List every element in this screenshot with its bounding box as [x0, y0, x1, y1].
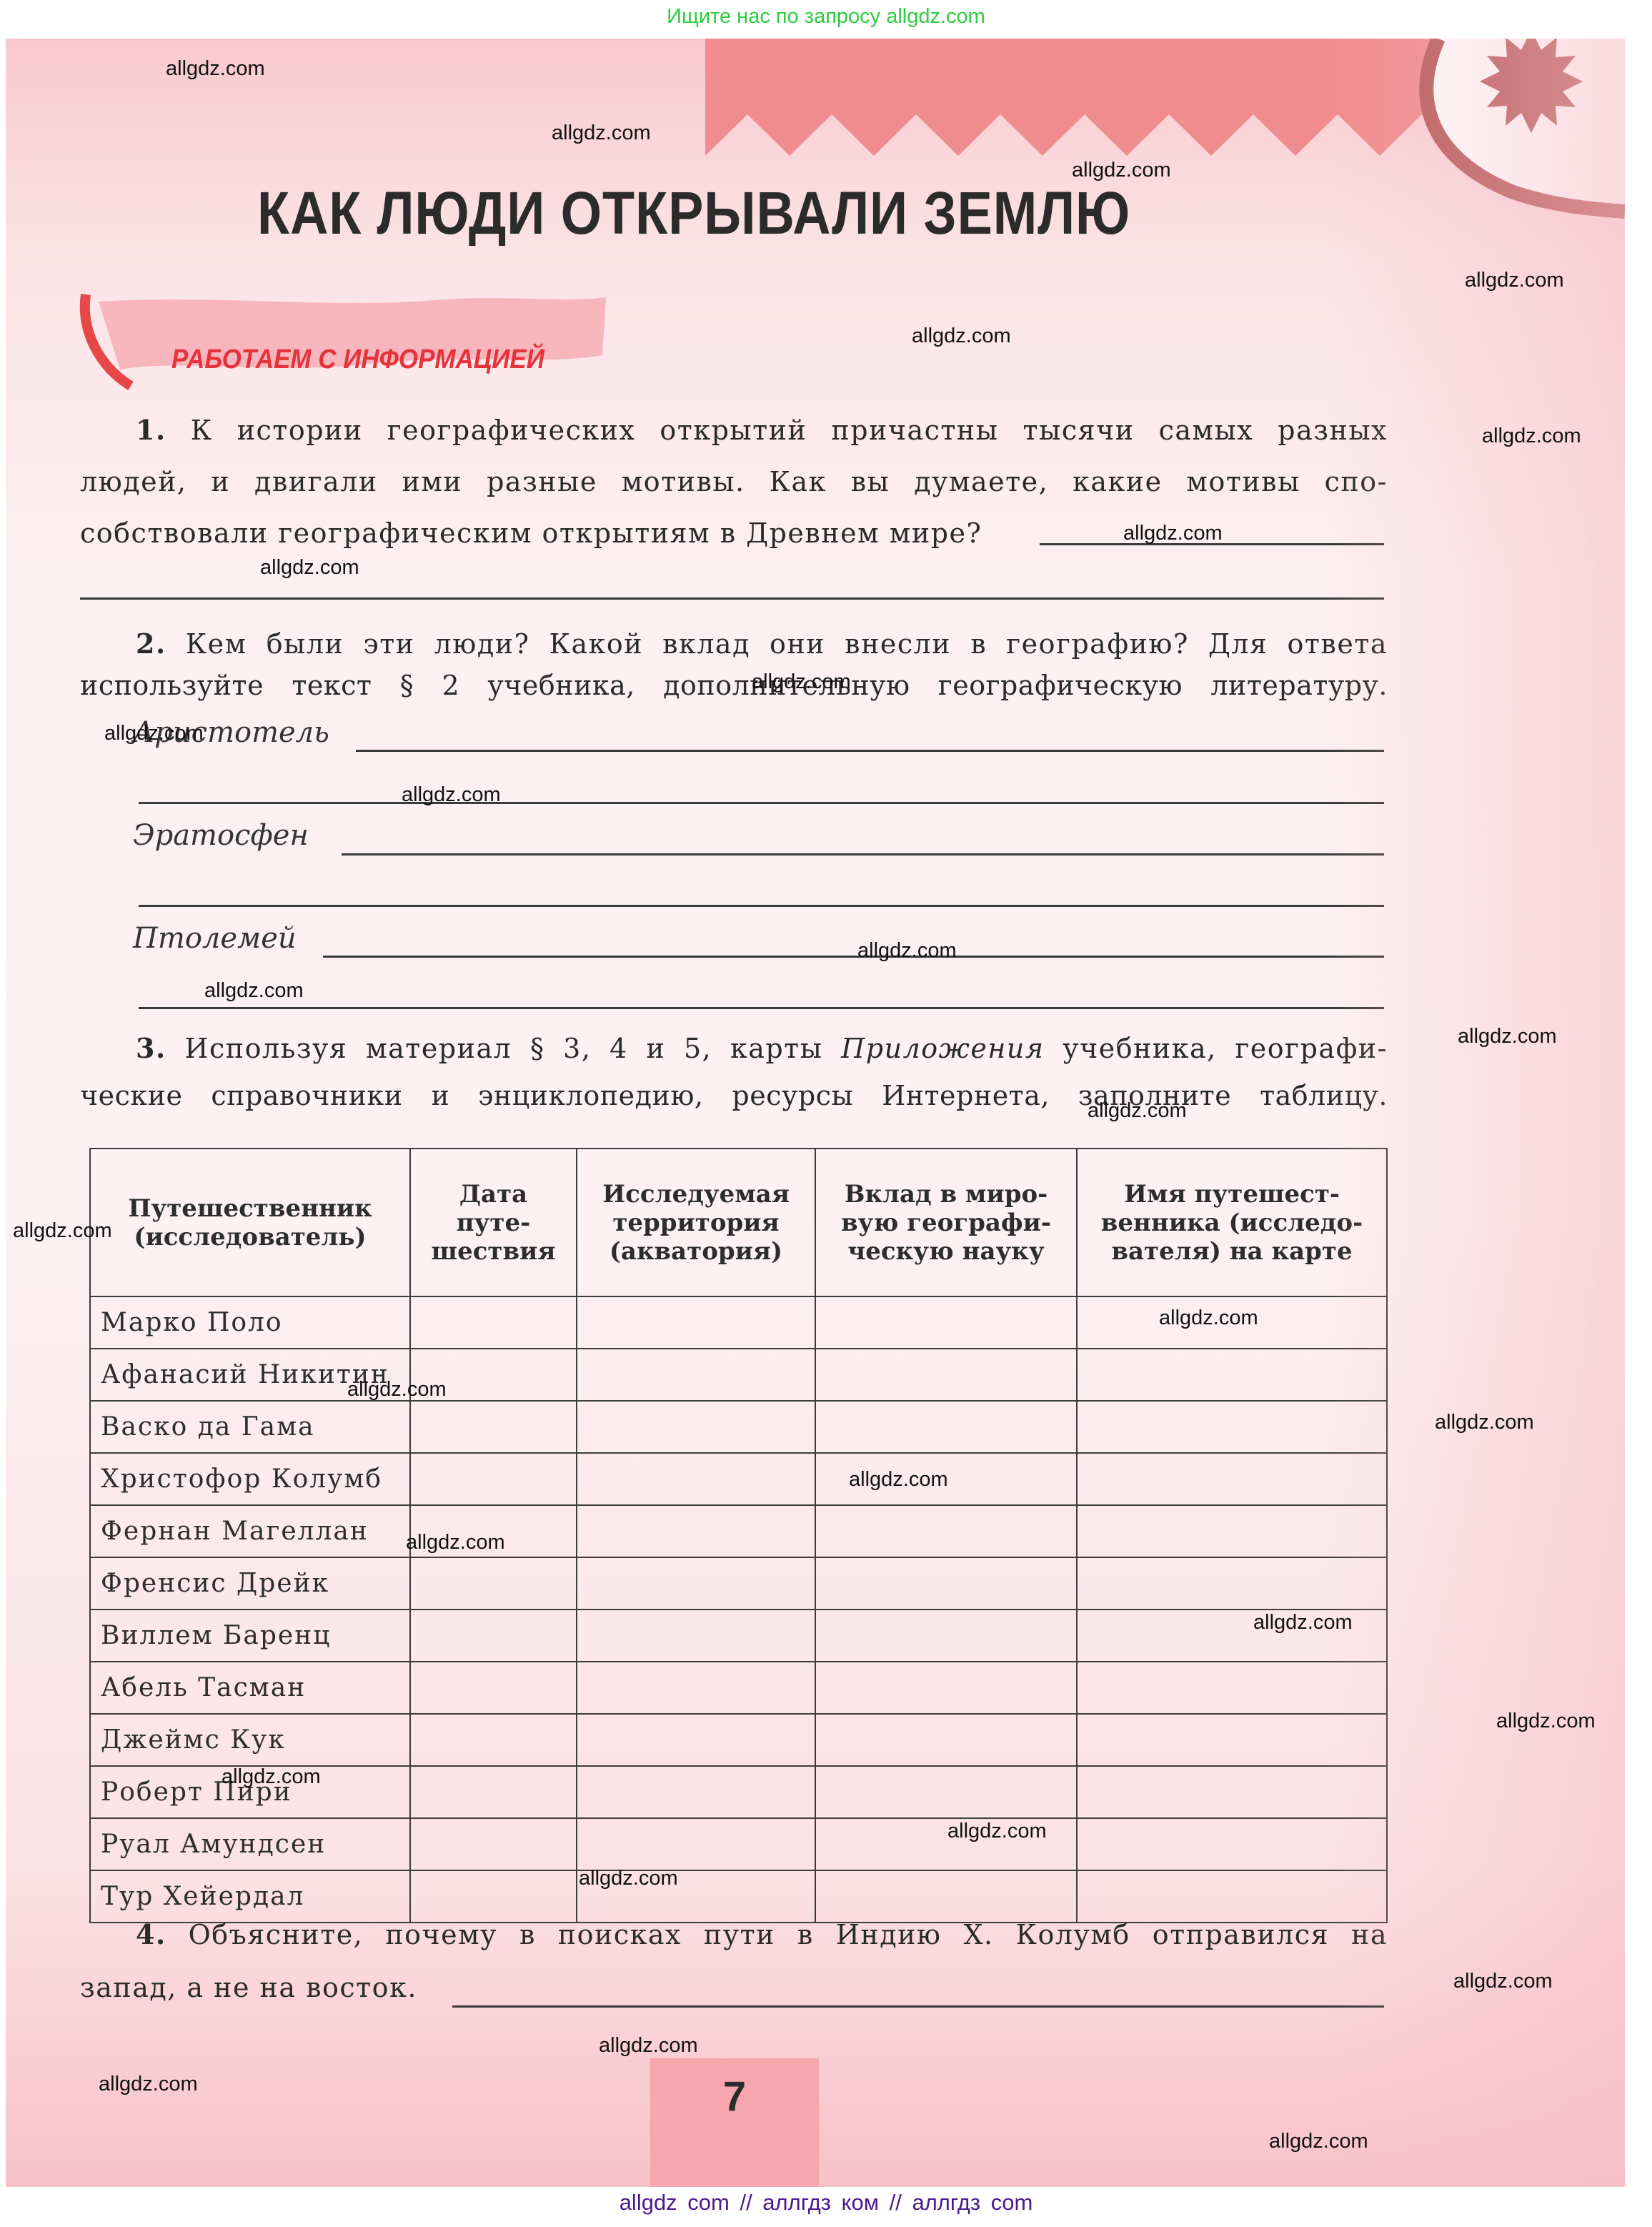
task-2-line-2: используйте текст § 2 учебника, дополнит… [80, 670, 1388, 701]
watermark: allgdz.com [1159, 1306, 1258, 1330]
task-4-line-1: Объясните, почему в поисках пути в Индию… [189, 1919, 1388, 1950]
answer-line-aristotle-1[interactable] [356, 750, 1384, 752]
watermark: allgdz.com [579, 1867, 678, 1890]
task-4-line-2: запад, а не на восток. [80, 1972, 417, 2003]
header-date: Дата путе-шествия [410, 1149, 577, 1296]
header-territory: Исследуемая территория (акватория) [577, 1149, 815, 1296]
answer-cell[interactable] [410, 1401, 577, 1453]
answer-line-4[interactable] [452, 2005, 1384, 2008]
answer-cell[interactable] [577, 1662, 815, 1714]
explorer-name-cell: Абель Тасман [90, 1662, 410, 1714]
answer-cell[interactable] [410, 1662, 577, 1714]
explorer-name-cell: Васко да Гама [90, 1401, 410, 1453]
table-row: Афанасий Никитин [90, 1349, 1387, 1401]
watermark: allgdz.com [1458, 1025, 1557, 1048]
table-row: Френсис Дрейк [90, 1557, 1387, 1610]
answer-cell[interactable] [1077, 1349, 1387, 1401]
watermark: allgdz.com [222, 1765, 321, 1789]
answer-cell[interactable] [815, 1766, 1077, 1818]
answer-line-ptolemy-1[interactable] [323, 956, 1384, 958]
section-label: РАБОТАЕМ С ИНФОРМАЦИЕЙ [171, 344, 544, 375]
task-2-line-1: Кем были эти люди? Какой вклад они внесл… [186, 628, 1388, 660]
answer-line-ptolemy-2[interactable] [139, 1007, 1384, 1009]
header-explorer: Путешественник (исследователь) [90, 1149, 410, 1296]
task-4-number: 4. [136, 1918, 166, 1950]
answer-line-eratosthenes-2[interactable] [139, 905, 1384, 907]
task-3-italic-appendix: Приложения [841, 1033, 1044, 1064]
answer-line-1b[interactable] [80, 597, 1384, 600]
top-banner: Ищите нас по запросу allgdz.com [0, 0, 1652, 36]
name-ptolemy: Птолемей [133, 922, 297, 955]
explorer-name-cell: Фернан Магеллан [90, 1505, 410, 1557]
watermark: allgdz.com [947, 1820, 1047, 1843]
watermark: allgdz.com [599, 2034, 698, 2058]
answer-cell[interactable] [577, 1557, 815, 1610]
answer-cell[interactable] [815, 1296, 1077, 1349]
answer-cell[interactable] [815, 1610, 1077, 1662]
answer-cell[interactable] [577, 1505, 815, 1557]
answer-cell[interactable] [577, 1610, 815, 1662]
name-eratosthenes: Эратосфен [133, 819, 309, 852]
table-row: Фернан Магеллан [90, 1505, 1387, 1557]
answer-cell[interactable] [577, 1349, 815, 1401]
answer-cell[interactable] [410, 1296, 577, 1349]
watermark: allgdz.com [13, 1219, 112, 1243]
task-1-line-2: людей, и двигали ими разные мотивы. Как … [80, 466, 1388, 497]
answer-cell[interactable] [577, 1714, 815, 1766]
answer-cell[interactable] [1077, 1818, 1387, 1870]
watermark: allgdz.com [552, 121, 651, 145]
answer-cell[interactable] [1077, 1714, 1387, 1766]
answer-cell[interactable] [815, 1662, 1077, 1714]
task-3-line-1b: учебника, географи- [1063, 1033, 1388, 1064]
watermark: allgdz.com [1496, 1710, 1596, 1733]
explorer-name-cell: Джеймс Кук [90, 1714, 410, 1766]
watermark: allgdz.com [166, 57, 265, 81]
watermark: allgdz.com [406, 1531, 505, 1554]
answer-cell[interactable] [410, 1610, 577, 1662]
answer-cell[interactable] [1077, 1453, 1387, 1505]
explorer-name-cell: Христофор Колумб [90, 1453, 410, 1505]
watermark: allgdz.com [1435, 1411, 1534, 1434]
answer-cell[interactable] [1077, 1401, 1387, 1453]
watermark: allgdz.com [1088, 1099, 1187, 1123]
answer-cell[interactable] [1077, 1557, 1387, 1610]
table-row: Абель Тасман [90, 1662, 1387, 1714]
watermark: allgdz.com [1482, 425, 1581, 448]
answer-cell[interactable] [410, 1557, 577, 1610]
answer-line-eratosthenes-1[interactable] [342, 853, 1384, 855]
answer-cell[interactable] [815, 1714, 1077, 1766]
footer-links: allgdz com // аллгдз ком // аллгдз com [0, 2190, 1652, 2216]
page-title: КАК ЛЮДИ ОТКРЫВАЛИ ЗЕМЛЮ [257, 179, 1130, 248]
watermark: allgdz.com [1269, 2130, 1368, 2153]
watermark: allgdz.com [1453, 1970, 1553, 1993]
explorer-name-cell: Руал Амундсен [90, 1818, 410, 1870]
watermark: allgdz.com [104, 722, 204, 745]
table-header-row: Путешественник (исследователь) Дата путе… [90, 1149, 1387, 1296]
watermark: allgdz.com [1465, 269, 1564, 292]
answer-cell[interactable] [577, 1818, 815, 1870]
workbook-page: КАК ЛЮДИ ОТКРЫВАЛИ ЗЕМЛЮ РАБОТАЕМ С ИНФО… [6, 39, 1625, 2187]
watermark: allgdz.com [99, 2073, 198, 2096]
header-contribution: Вклад в миро-вую географи-ческую науку [815, 1149, 1077, 1296]
watermark: allgdz.com [1253, 1611, 1353, 1635]
task-1-line-1: К истории географических открытий причас… [191, 415, 1388, 446]
watermark: allgdz.com [1072, 159, 1171, 182]
answer-line-aristotle-2[interactable] [139, 802, 1384, 804]
watermark: allgdz.com [752, 670, 851, 694]
answer-cell[interactable] [815, 1401, 1077, 1453]
task-2-number: 2. [136, 628, 166, 660]
answer-cell[interactable] [410, 1453, 577, 1505]
table-row: Джеймс Кук [90, 1714, 1387, 1766]
watermark: allgdz.com [347, 1378, 447, 1402]
answer-cell[interactable] [815, 1505, 1077, 1557]
task-1-number: 1. [136, 414, 166, 446]
answer-cell[interactable] [1077, 1766, 1387, 1818]
table-row: Виллем Баренц [90, 1610, 1387, 1662]
explorer-name-cell: Френсис Дрейк [90, 1557, 410, 1610]
task-3-text: 3. Используя материал § 3, 4 и 5, карты … [80, 1025, 1388, 1119]
answer-cell[interactable] [410, 1818, 577, 1870]
table-body: Марко ПолоАфанасий НикитинВаско да ГамаХ… [90, 1296, 1387, 1923]
answer-cell[interactable] [577, 1401, 815, 1453]
answer-cell[interactable] [410, 1766, 577, 1818]
explorer-name-cell: Виллем Баренц [90, 1610, 410, 1662]
task-2-text: 2. Кем были эти люди? Какой вклад они вн… [80, 623, 1388, 706]
task-3-number: 3. [136, 1032, 166, 1064]
watermark: allgdz.com [857, 939, 957, 963]
answer-cell[interactable] [1077, 1662, 1387, 1714]
task-3-line-1a: Используя материал § 3, 4 и 5, карты [184, 1033, 822, 1064]
explorers-table: Путешественник (исследователь) Дата путе… [89, 1148, 1388, 1923]
zigzag-banner-shape [705, 39, 1506, 156]
watermark: allgdz.com [204, 979, 304, 1003]
task-4-text: 4. Объясните, почему в поисках пути в Ин… [80, 1908, 1388, 2014]
watermark: allgdz.com [849, 1468, 948, 1492]
task-1-line-3: собствовали географическим открытиям в Д… [80, 517, 982, 549]
answer-cell[interactable] [815, 1349, 1077, 1401]
page-number-box: 7 [650, 2058, 819, 2187]
watermark: allgdz.com [260, 556, 359, 580]
table-row: Васко да Гама [90, 1401, 1387, 1453]
page-number: 7 [650, 2073, 819, 2121]
answer-cell[interactable] [410, 1714, 577, 1766]
answer-cell[interactable] [577, 1453, 815, 1505]
answer-cell[interactable] [577, 1766, 815, 1818]
answer-cell[interactable] [815, 1557, 1077, 1610]
answer-cell[interactable] [1077, 1505, 1387, 1557]
task-3-line-2: ческие справочники и энциклопедию, ресур… [80, 1080, 1388, 1111]
explorer-name-cell: Марко Поло [90, 1296, 410, 1349]
watermark: allgdz.com [912, 324, 1011, 348]
header-name-on-map: Имя путешест-венника (исследо-вателя) на… [1077, 1149, 1387, 1296]
watermark: allgdz.com [402, 783, 501, 807]
table-row: Христофор Колумб [90, 1453, 1387, 1505]
answer-cell[interactable] [577, 1296, 815, 1349]
watermark: allgdz.com [1123, 522, 1223, 545]
table-row: Руал Амундсен [90, 1818, 1387, 1870]
section-ribbon [77, 287, 620, 395]
